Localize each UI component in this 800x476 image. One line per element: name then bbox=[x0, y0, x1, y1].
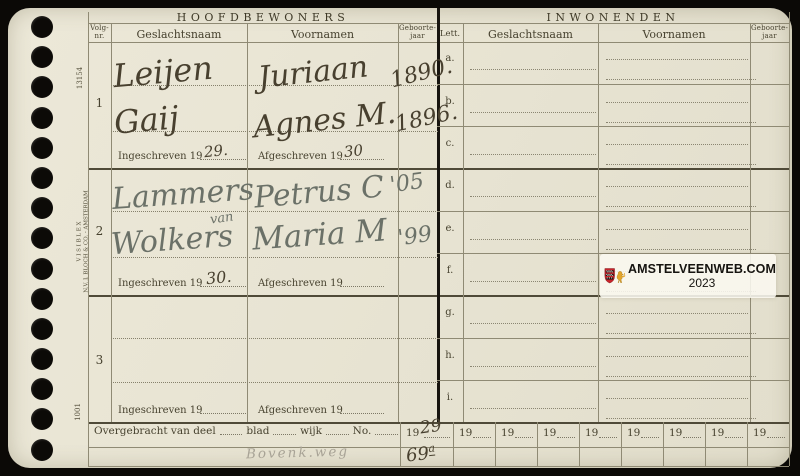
handwritten-surname: Wolkers bbox=[110, 222, 234, 260]
overgebracht-row: Overgebracht van deel blad wijk No. bbox=[94, 425, 398, 437]
dotted-leader bbox=[273, 433, 296, 435]
writing-line bbox=[606, 375, 756, 377]
lodger-row-e: e. bbox=[437, 211, 789, 254]
lodger-row-b: b. bbox=[437, 84, 789, 127]
letter-label: f. bbox=[437, 265, 463, 276]
writing-line bbox=[606, 417, 756, 419]
letter-label: d. bbox=[437, 180, 463, 191]
street-pencil-note: Bovenk.weg bbox=[246, 446, 349, 462]
writing-line bbox=[470, 407, 596, 409]
dotted-leader bbox=[220, 433, 243, 435]
dotted-leader bbox=[340, 285, 384, 287]
year-1929-handwritten: 29 bbox=[419, 418, 443, 438]
dotted-leader bbox=[375, 433, 398, 435]
punch-hole bbox=[31, 439, 53, 461]
table-border-right bbox=[789, 12, 790, 466]
punch-hole bbox=[31, 378, 53, 400]
writing-line bbox=[606, 101, 748, 103]
ingeschreven-label: Ingeschreven 19 bbox=[118, 151, 203, 162]
punch-hole bbox=[31, 137, 53, 159]
ingeschreven-value: 30. bbox=[205, 269, 232, 288]
afgeschreven-label: Afgeschreven 19 bbox=[258, 278, 343, 289]
punch-hole bbox=[31, 258, 53, 280]
afgeschreven-value: 30 bbox=[343, 143, 364, 160]
card-serial-number: 13154 bbox=[76, 56, 84, 100]
punch-hole bbox=[31, 318, 53, 340]
writing-line bbox=[470, 153, 596, 155]
writing-line bbox=[606, 58, 748, 60]
column-header-geslachtsnaam: Geslachtsnaam bbox=[111, 28, 247, 41]
no-label: No. bbox=[353, 425, 372, 437]
writing-line bbox=[470, 238, 596, 240]
house-number-handwritten: 69a bbox=[405, 443, 436, 466]
writing-line bbox=[470, 68, 596, 70]
letter-label: h. bbox=[437, 350, 463, 361]
punch-hole bbox=[31, 107, 53, 129]
writing-line bbox=[606, 355, 748, 357]
handwritten-surname: Lammers bbox=[111, 175, 255, 215]
writing-line bbox=[606, 78, 756, 80]
punch-hole bbox=[31, 76, 53, 98]
dotted-leader bbox=[725, 436, 743, 438]
handwritten-firstname: Maria M bbox=[251, 215, 388, 255]
dotted-leader bbox=[767, 436, 785, 438]
grid-line bbox=[400, 422, 401, 466]
punch-hole bbox=[31, 167, 53, 189]
dotted-leader bbox=[599, 436, 617, 438]
grid-line bbox=[453, 422, 454, 466]
column-header-lett: Lett. bbox=[437, 29, 463, 39]
writing-line bbox=[606, 228, 748, 230]
year-cell: 19 bbox=[669, 427, 682, 439]
punch-hole bbox=[31, 46, 53, 68]
year-cell: 19 bbox=[501, 427, 514, 439]
writing-line bbox=[470, 322, 596, 324]
form-number: 1001 bbox=[74, 398, 82, 426]
lodger-row-h: h. bbox=[437, 338, 789, 381]
writing-line bbox=[470, 365, 596, 367]
grid-line bbox=[495, 422, 496, 466]
year-cell: 19 bbox=[711, 427, 724, 439]
lodger-row-a: a. bbox=[437, 42, 789, 84]
column-header-voornamen-r: Voornamen bbox=[598, 28, 750, 41]
afgeschreven-label: Afgeschreven 19 bbox=[258, 151, 343, 162]
writing-line bbox=[606, 248, 756, 250]
handwritten-surname: Gaij bbox=[113, 101, 180, 139]
writing-line bbox=[470, 195, 596, 197]
year-cell: 19 bbox=[585, 427, 598, 439]
handwritten-surname: Leijen bbox=[112, 52, 214, 93]
letter-label: g. bbox=[437, 307, 463, 318]
ingeschreven-label: Ingeschreven 19 bbox=[118, 405, 203, 416]
writing-line bbox=[606, 312, 748, 314]
letter-label: a. bbox=[437, 53, 463, 64]
handwritten-firstname: Juriaan bbox=[257, 52, 370, 93]
grid-line bbox=[663, 422, 664, 466]
wijk-label: wijk bbox=[300, 425, 322, 437]
grid-line bbox=[88, 466, 789, 467]
punch-hole bbox=[31, 16, 53, 38]
watermark-site: AMSTELVEENWEB.COM bbox=[628, 262, 776, 276]
lodger-row-g: g. bbox=[437, 296, 789, 338]
household-group-1: 1 Leijen Juriaan 1890. Gaij Agnes M. 189… bbox=[88, 42, 437, 168]
volgnr-value: 2 bbox=[88, 224, 111, 238]
writing-line bbox=[606, 143, 748, 145]
column-header-geboorte-r-line2: jaar bbox=[750, 33, 789, 41]
grid-line bbox=[747, 422, 748, 466]
writing-line bbox=[606, 185, 748, 187]
handwritten-birthyear: '99 bbox=[397, 224, 434, 251]
amstelveenweb-watermark: AMSTELVEENWEB.COM 2023 bbox=[600, 254, 776, 298]
volgnr-value: 1 bbox=[88, 96, 111, 110]
dotted-leader bbox=[515, 436, 533, 438]
writing-line bbox=[606, 397, 748, 399]
year-cell: 19 bbox=[459, 427, 472, 439]
grid-line bbox=[537, 422, 538, 466]
handwritten-firstname: Petrus C bbox=[253, 172, 385, 213]
amstelveen-coat-of-arms bbox=[604, 257, 626, 295]
dotted-leader bbox=[326, 433, 349, 435]
afgeschreven-label: Afgeschreven 19 bbox=[258, 405, 343, 416]
punch-hole bbox=[31, 288, 53, 310]
year-cell: 19 bbox=[543, 427, 556, 439]
dotted-leader bbox=[641, 436, 659, 438]
overgebracht-label: Overgebracht van deel bbox=[94, 425, 216, 437]
house-number-digits: 69 bbox=[405, 443, 430, 466]
ingeschreven-value: 29. bbox=[203, 143, 228, 160]
ingeschreven-label: Ingeschreven 19 bbox=[118, 278, 203, 289]
column-header-geboortejaar-r: Geboorte- jaar bbox=[750, 25, 789, 40]
handwritten-firstname: Agnes M. bbox=[252, 99, 397, 144]
column-header-volgnr: Volg- nr. bbox=[88, 25, 111, 40]
punch-hole bbox=[31, 227, 53, 249]
writing-line bbox=[606, 205, 756, 207]
scan-background: 13154 V I S I B L E X N.V. J. BLOCH & CO… bbox=[0, 0, 800, 476]
letter-label: e. bbox=[437, 223, 463, 234]
grid-line bbox=[579, 422, 580, 466]
writing-line bbox=[606, 332, 756, 334]
writing-line bbox=[606, 163, 756, 165]
column-header-geboorte-line2: jaar bbox=[398, 33, 437, 41]
letter-label: c. bbox=[437, 138, 463, 149]
grid-line bbox=[88, 447, 789, 448]
grid-line bbox=[705, 422, 706, 466]
writing-line bbox=[606, 121, 756, 123]
year-1929-prefix: 19 bbox=[406, 427, 419, 439]
watermark-year: 2023 bbox=[628, 276, 776, 290]
handwritten-birthyear: '05 bbox=[389, 171, 426, 198]
letter-label: b. bbox=[437, 96, 463, 107]
lodger-row-c: c. bbox=[437, 126, 789, 169]
column-header-volgnr-line2: nr. bbox=[88, 33, 111, 41]
house-number-suffix: a bbox=[428, 442, 436, 457]
dotted-leader bbox=[200, 412, 246, 414]
column-header-geslachtsnaam-r: Geslachtsnaam bbox=[463, 28, 598, 41]
volgnr-value: 3 bbox=[88, 353, 111, 367]
dotted-leader bbox=[557, 436, 575, 438]
lodger-row-i: i. bbox=[437, 380, 789, 423]
household-group-3: 3 Ingeschreven 19 Afgeschreven 19 bbox=[88, 295, 437, 422]
year-cell: 19 bbox=[753, 427, 766, 439]
writing-line bbox=[111, 381, 438, 383]
dotted-leader bbox=[683, 436, 701, 438]
writing-line bbox=[470, 280, 596, 282]
dotted-leader bbox=[340, 412, 384, 414]
dotted-leader bbox=[473, 436, 491, 438]
grid-line bbox=[621, 422, 622, 466]
letter-label: i. bbox=[437, 392, 463, 403]
column-header-voornamen: Voornamen bbox=[247, 28, 398, 41]
register-card: 13154 V I S I B L E X N.V. J. BLOCH & CO… bbox=[8, 8, 792, 468]
blad-label: blad bbox=[246, 425, 269, 437]
writing-line bbox=[470, 111, 596, 113]
lodger-row-d: d. bbox=[437, 169, 789, 211]
punch-hole bbox=[31, 197, 53, 219]
column-header-geboortejaar: Geboorte- jaar bbox=[398, 25, 437, 40]
household-group-2: 2 Lammers van Wolkers Petrus C '05 Maria… bbox=[88, 168, 437, 295]
punch-hole bbox=[31, 408, 53, 430]
punch-hole bbox=[31, 348, 53, 370]
watermark-text: AMSTELVEENWEB.COM 2023 bbox=[628, 262, 776, 290]
writing-line bbox=[111, 337, 438, 339]
year-cell: 19 bbox=[627, 427, 640, 439]
